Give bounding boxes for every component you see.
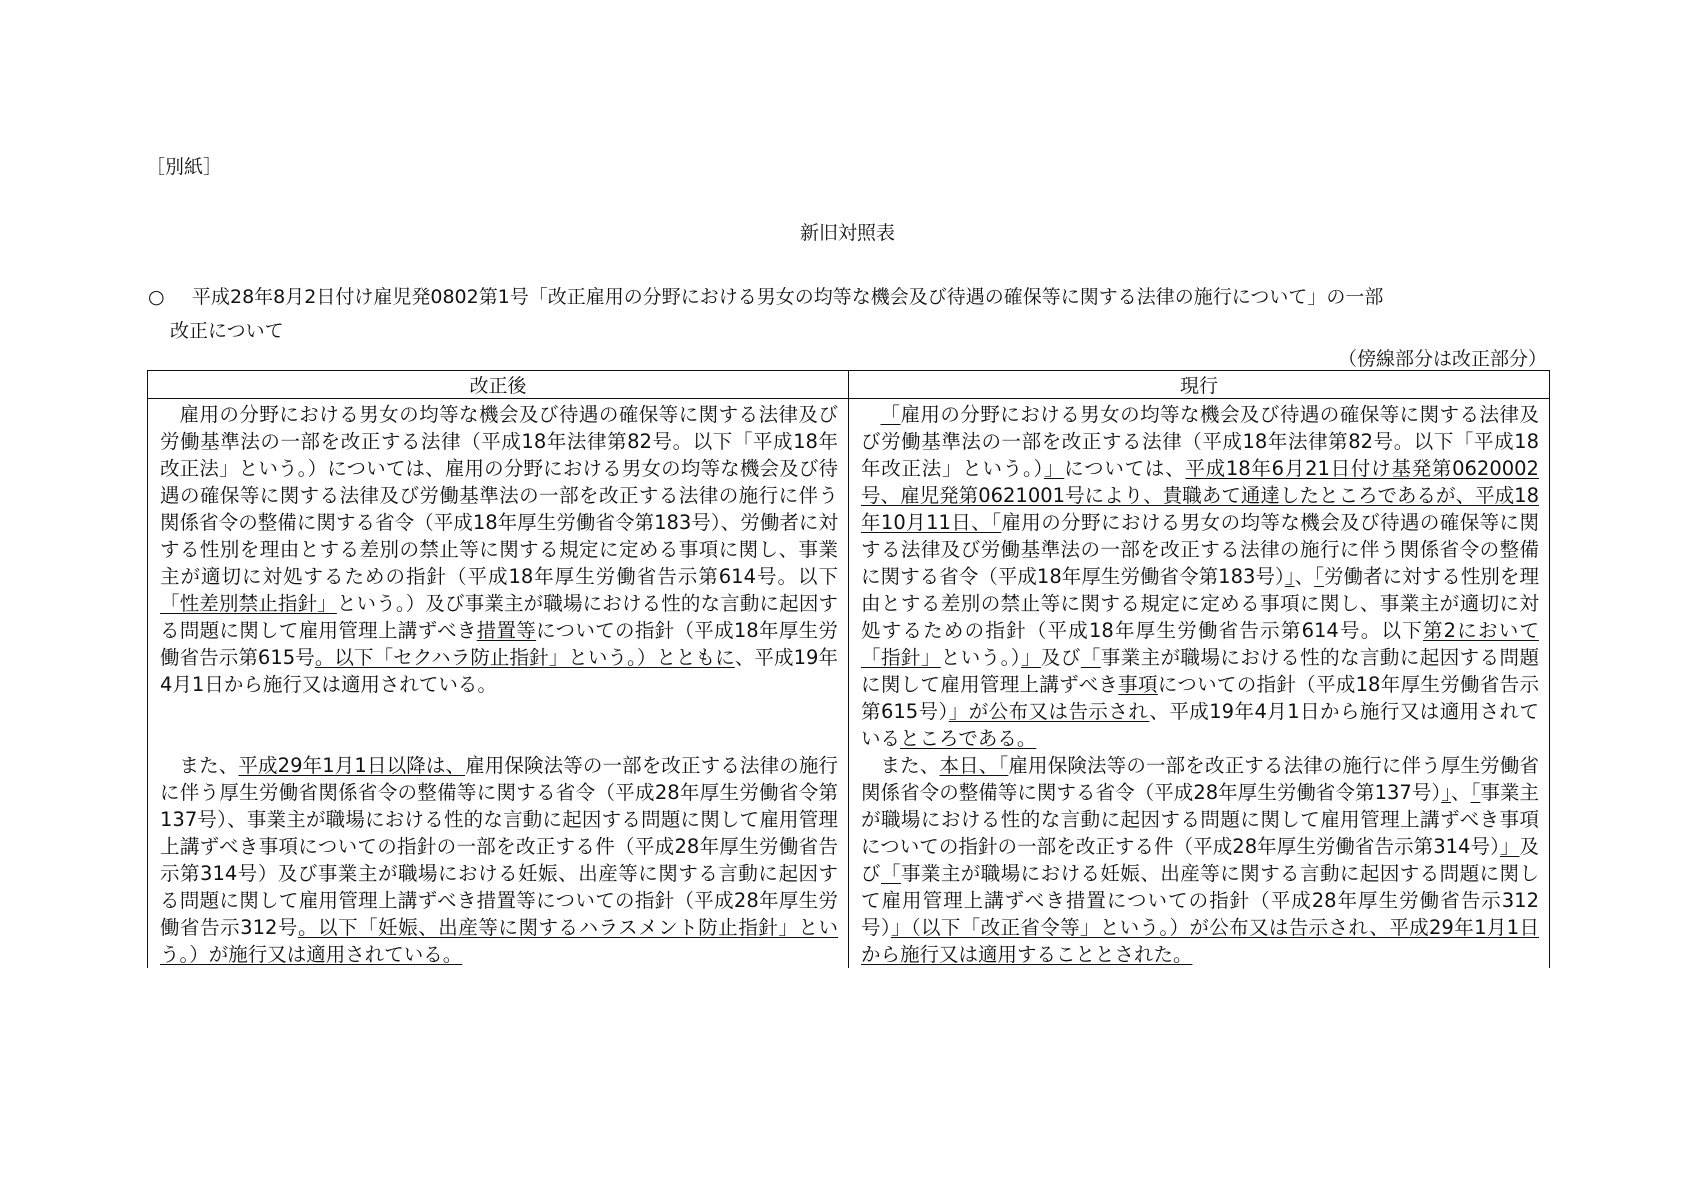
revised-text: 「 [881,862,901,885]
after-paragraph-1: 雇用の分野における男女の均等な機会及び待遇の確保等に関する法律及び労働基準法の一… [160,401,838,698]
revised-text: 本日、「 [939,754,1008,777]
revised-text: ところである。 [900,727,1036,750]
text-segment: 、 [1451,781,1471,804]
column-after-revision: 雇用の分野における男女の均等な機会及び待遇の確保等に関する法律及び労働基準法の一… [148,399,849,969]
revised-text: 。以下「セクハラ防止指針」という。）とともに [315,646,735,669]
circle-bullet-icon: ○ [148,280,192,314]
revised-text: 措置等 [477,619,536,642]
current-paragraph-1: 「雇用の分野における男女の均等な機会及び待遇の確保等に関する法律及び労働基準法の… [861,401,1539,752]
document-title: 新旧対照表 [0,218,1695,245]
text-segment: 、 [1295,565,1315,588]
revised-text: 「 [881,403,901,426]
subject-heading: ○平成28年8月2日付け雇児発0802第1号「改正雇用の分野における男女の均等な… [148,280,1553,348]
text-segment: 雇用保険法等の一部を改正する法律の施行に伴う厚生労働省関係省令の整備等に関する省… [160,754,838,939]
text-segment: という。） [941,646,1021,669]
header-current: 現行 [849,371,1550,399]
text-segment: 雇用の分野における男女の均等な機会及び待遇の確保等に関する法律及び労働基準法の一… [160,403,838,588]
attachment-label: ［別紙］ [146,152,222,179]
underline-note: （傍線部分は改正部分） [1338,344,1547,371]
revised-text: 平成29年1月1日以降は、 [238,754,465,777]
subject-line-1: 平成28年8月2日付け雇児発0802第1号「改正雇用の分野における男女の均等な機… [192,286,1383,308]
revised-text: 」 [1044,457,1064,480]
revised-text: 事項 [1118,673,1158,696]
revised-text: 「 [1314,565,1324,588]
text-segment: については、 [1064,457,1185,480]
revised-text: 「 [1081,646,1101,669]
revised-text: 「性差別禁止指針」 [160,592,337,615]
text-segment: 及び [1041,646,1081,669]
column-current: 「雇用の分野における男女の均等な機会及び待遇の確保等に関する法律及び労働基準法の… [849,399,1550,969]
revised-text: 」 [1441,781,1451,804]
revised-text: 」 [1285,565,1295,588]
comparison-table: 改正後 現行 雇用の分野における男女の均等な機会及び待遇の確保等に関する法律及び… [147,370,1550,968]
text-segment: また、 [180,754,239,777]
text-segment: また、 [881,754,940,777]
revised-text: 」 [1500,835,1520,858]
revised-text: 」が公布又は告示され [949,700,1150,723]
after-paragraph-2: また、平成29年1月1日以降は、雇用保険法等の一部を改正する法律の施行に伴う厚生… [160,752,838,968]
revised-text: 「 [1471,781,1481,804]
revised-text: 」（以下「改正省令等」という。）が公布又は告示され、平成29年1月1日から施行又… [861,916,1539,966]
subject-line-2: 改正について [148,320,284,342]
spacer [160,698,838,752]
header-after-revision: 改正後 [148,371,849,399]
revised-text: 」 [1021,646,1041,669]
current-paragraph-2: また、本日、「雇用保険法等の一部を改正する法律の施行に伴う厚生労働省関係省令の整… [861,752,1539,968]
